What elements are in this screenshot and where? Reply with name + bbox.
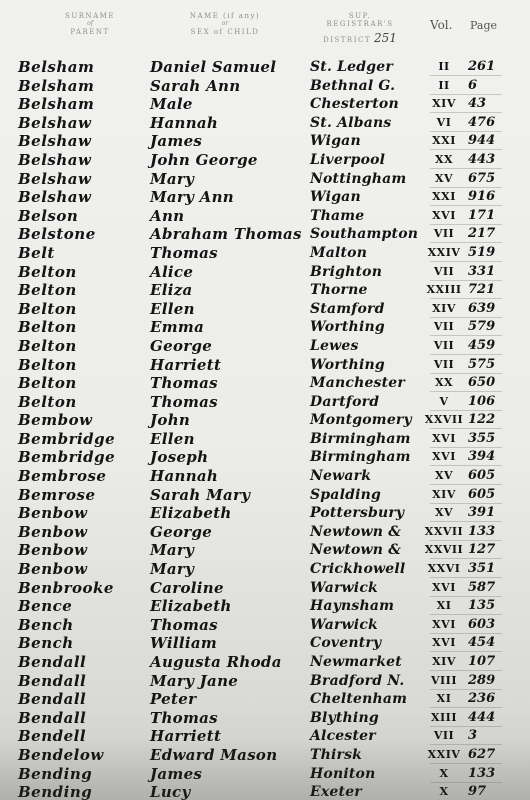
entry-page: 605 [468,467,508,485]
register-entry: Bembow John Montgomery XXVII 122 [0,411,530,430]
register-entry: Belstone Abraham Thomas Southampton VII … [0,225,530,244]
entry-given-name: Hannah [150,467,315,485]
entry-district: Newtown & [310,541,430,559]
header-surname-label: SURNAME [55,12,125,20]
entry-district: Birmingham [310,430,430,448]
register-entry: Benbow Mary Crickhowell XXVI 351 [0,560,530,579]
entry-given-name: Male [150,95,315,113]
entry-district: Pottersbury [310,504,430,522]
entry-volume: VII [424,356,464,374]
register-entry: Belton Thomas Dartford V 106 [0,393,530,412]
entry-district: Blything [310,709,430,727]
header-surname-of-parent: SURNAME of PARENT [55,12,125,36]
page-shadow [0,740,530,800]
entry-district: Wigan [310,188,430,206]
entry-given-name: Daniel Samuel [150,58,315,76]
entry-surname: Bendall [18,709,148,727]
entry-surname: Belshaw [18,114,148,132]
entry-given-name: Peter [150,690,315,708]
entry-page: 355 [468,430,508,448]
entry-volume: XX [424,374,464,392]
entry-volume: XXVII [424,523,464,541]
entry-given-name: Alice [150,263,315,281]
header-parent-label: PARENT [55,28,125,36]
register-entry: Belsham Daniel Samuel St. Ledger II 261 [0,58,530,77]
entry-given-name: Thomas [150,616,315,634]
entry-surname: Belton [18,263,148,281]
entry-volume: II [424,77,464,95]
entry-page: 721 [468,281,508,299]
entry-district: Thame [310,207,430,225]
entry-volume: XVI [424,430,464,448]
entry-district: Southampton [310,225,430,243]
register-entry: Bench William Coventry XVI 454 [0,634,530,653]
register-entry: Belshaw Mary Ann Wigan XXI 916 [0,188,530,207]
entry-page: 944 [468,132,508,150]
entry-volume: VII [424,318,464,336]
entry-surname: Belton [18,318,148,336]
entry-page: 391 [468,504,508,522]
entry-given-name: John George [150,151,315,169]
entry-page: 122 [468,411,508,429]
entry-volume: XI [424,597,464,615]
entry-district: Chesterton [310,95,430,113]
entry-page: 171 [468,207,508,225]
register-entry: Bench Thomas Warwick XVI 603 [0,616,530,635]
register-entry: Belton Thomas Manchester XX 650 [0,374,530,393]
entry-volume: II [424,58,464,76]
entry-page: 261 [468,58,508,76]
register-entry: Belton Emma Worthing VII 579 [0,318,530,337]
entry-page: 605 [468,486,508,504]
entry-surname: Bembridge [18,430,148,448]
register-entry: Belshaw Hannah St. Albans VI 476 [0,114,530,133]
entry-page: 135 [468,597,508,615]
register-entry: Belshaw Mary Nottingham XV 675 [0,170,530,189]
entry-given-name: George [150,337,315,355]
header-name-label: NAME (if any) [185,12,265,20]
header-vol-label: Vol. [430,18,452,32]
entry-page: 454 [468,634,508,652]
register-entry: Benbow Mary Newtown & XXVII 127 [0,541,530,560]
entry-given-name: Ellen [150,300,315,318]
entry-volume: VII [424,337,464,355]
entry-surname: Benbrooke [18,579,148,597]
entry-volume: XXVII [424,411,464,429]
entry-district: Newtown & [310,523,430,541]
entry-district: Bradford N. [310,672,430,690]
entry-page: 476 [468,114,508,132]
header-district-number: 251 [374,31,397,45]
entry-surname: Belsham [18,77,148,95]
entry-surname: Bendall [18,690,148,708]
entry-given-name: Elizabeth [150,504,315,522]
register-entry: Bembridge Ellen Birmingham XVI 355 [0,430,530,449]
register-entry: Bendall Augusta Rhoda Newmarket XIV 107 [0,653,530,672]
register-entry: Bendall Thomas Blything XIII 444 [0,709,530,728]
header-or-label: or [185,20,265,28]
entry-district: Newmarket [310,653,430,671]
entry-page: 107 [468,653,508,671]
entry-surname: Belton [18,300,148,318]
entry-district: Thorne [310,281,430,299]
header-page-label: Page [470,19,497,32]
entry-district: Brighton [310,263,430,281]
entry-district: Cheltenham [310,690,430,708]
entry-surname: Belshaw [18,151,148,169]
entry-surname: Bembrose [18,467,148,485]
entry-page: 603 [468,616,508,634]
entry-volume: XX [424,151,464,169]
register-entry: Belsham Sarah Ann Bethnal G. II 6 [0,77,530,96]
entry-surname: Belstone [18,225,148,243]
entry-page: 127 [468,541,508,559]
header-name-or-sex-of-child: NAME (if any) or SEX of CHILD [185,12,265,36]
entry-given-name: John [150,411,315,429]
entry-page: 351 [468,560,508,578]
entry-surname: Bench [18,634,148,652]
entry-given-name: Caroline [150,579,315,597]
entry-surname: Belt [18,244,148,262]
entry-surname: Benbow [18,504,148,522]
entry-given-name: Mary [150,560,315,578]
entry-surname: Benbow [18,523,148,541]
entry-page: 6 [468,77,508,95]
register-page: SURNAME of PARENT NAME (if any) or SEX o… [0,0,530,800]
entry-given-name: Mary Jane [150,672,315,690]
entry-surname: Belton [18,356,148,374]
entry-given-name: Augusta Rhoda [150,653,315,671]
entry-district: Worthing [310,356,430,374]
register-entries: Belsham Daniel Samuel St. Ledger II 261 … [0,58,530,800]
entry-district: Montgomery [310,411,430,429]
entry-district: Malton [310,244,430,262]
register-entry: Belson Ann Thame XVI 171 [0,207,530,226]
entry-volume: XVI [424,207,464,225]
entry-given-name: Ellen [150,430,315,448]
entry-surname: Belton [18,393,148,411]
entry-volume: XIV [424,300,464,318]
entry-volume: XVI [424,634,464,652]
register-entry: Bemrose Sarah Mary Spalding XIV 605 [0,486,530,505]
entry-volume: XXVII [424,541,464,559]
entry-surname: Benbow [18,541,148,559]
entry-volume: XXI [424,132,464,150]
entry-volume: XIV [424,486,464,504]
register-entry: Bembridge Joseph Birmingham XVI 394 [0,448,530,467]
entry-page: 289 [468,672,508,690]
entry-surname: Belsham [18,58,148,76]
entry-page: 331 [468,263,508,281]
register-entry: Bendall Mary Jane Bradford N. VIII 289 [0,672,530,691]
entry-volume: XIII [424,709,464,727]
entry-given-name: Thomas [150,393,315,411]
entry-volume: XIV [424,653,464,671]
entry-surname: Bembow [18,411,148,429]
entry-surname: Belshaw [18,188,148,206]
entry-district: Warwick [310,579,430,597]
entry-volume: VII [424,225,464,243]
entry-given-name: Thomas [150,709,315,727]
entry-page: 394 [468,448,508,466]
entry-volume: XIV [424,95,464,113]
entry-page: 519 [468,244,508,262]
entry-district: Bethnal G. [310,77,430,95]
entry-volume: V [424,393,464,411]
entry-page: 459 [468,337,508,355]
entry-volume: XXIII [424,281,464,299]
entry-given-name: Harriett [150,356,315,374]
register-entry: Belton Alice Brighton VII 331 [0,263,530,282]
register-entry: Belton Eliza Thorne XXIII 721 [0,281,530,300]
entry-page: 587 [468,579,508,597]
entry-district: St. Albans [310,114,430,132]
entry-page: 639 [468,300,508,318]
entry-given-name: Abraham Thomas [150,225,315,243]
entry-volume: XVI [424,616,464,634]
entry-given-name: Elizabeth [150,597,315,615]
entry-district: Wigan [310,132,430,150]
entry-district: Worthing [310,318,430,336]
entry-given-name: George [150,523,315,541]
entry-district: Dartford [310,393,430,411]
entry-given-name: Mary [150,170,315,188]
entry-page: 650 [468,374,508,392]
entry-volume: XXI [424,188,464,206]
entry-surname: Bence [18,597,148,615]
entry-volume: XVI [424,579,464,597]
entry-given-name: Mary Ann [150,188,315,206]
entry-page: 43 [468,95,508,113]
entry-page: 133 [468,523,508,541]
entry-volume: XV [424,467,464,485]
entry-district: Manchester [310,374,430,392]
entry-district: Stamford [310,300,430,318]
entry-surname: Bembridge [18,448,148,466]
entry-surname: Bendall [18,672,148,690]
entry-given-name: Sarah Mary [150,486,315,504]
entry-district: Lewes [310,337,430,355]
entry-surname: Benbow [18,560,148,578]
entry-given-name: William [150,634,315,652]
entry-volume: XV [424,504,464,522]
entry-district: Coventry [310,634,430,652]
entry-volume: XXVI [424,560,464,578]
entry-surname: Bendall [18,653,148,671]
entry-district: Spalding [310,486,430,504]
entry-district: Nottingham [310,170,430,188]
entry-page: 106 [468,393,508,411]
entry-page: 675 [468,170,508,188]
register-entry: Benbow George Newtown & XXVII 133 [0,523,530,542]
entry-surname: Belshaw [18,132,148,150]
register-entry: Belton Ellen Stamford XIV 639 [0,300,530,319]
entry-surname: Belshaw [18,170,148,188]
register-entry: Bendall Peter Cheltenham XI 236 [0,690,530,709]
entry-given-name: Hannah [150,114,315,132]
entry-district: Crickhowell [310,560,430,578]
register-entry: Belton Harriett Worthing VII 575 [0,356,530,375]
register-entry: Belshaw James Wigan XXI 944 [0,132,530,151]
entry-volume: XV [424,170,464,188]
entry-page: 443 [468,151,508,169]
entry-district: Birmingham [310,448,430,466]
entry-page: 444 [468,709,508,727]
entry-page: 579 [468,318,508,336]
entry-page: 916 [468,188,508,206]
entry-given-name: Mary [150,541,315,559]
entry-volume: XXIV [424,244,464,262]
entry-surname: Bench [18,616,148,634]
register-entry: Belsham Male Chesterton XIV 43 [0,95,530,114]
header-district-label: DISTRICT [323,36,371,44]
register-entry: Benbrooke Caroline Warwick XVI 587 [0,579,530,598]
entry-page: 575 [468,356,508,374]
entry-given-name: Eliza [150,281,315,299]
entry-volume: VIII [424,672,464,690]
entry-given-name: Thomas [150,374,315,392]
register-entry: Belt Thomas Malton XXIV 519 [0,244,530,263]
entry-surname: Belsham [18,95,148,113]
header-sex-label: SEX of CHILD [185,28,265,36]
entry-page: 236 [468,690,508,708]
entry-given-name: James [150,132,315,150]
entry-district: Newark [310,467,430,485]
entry-volume: XI [424,690,464,708]
entry-surname: Belson [18,207,148,225]
entry-volume: VI [424,114,464,132]
entry-given-name: Joseph [150,448,315,466]
header-registrar-label: SUP. REGISTRAR'S [315,12,405,28]
header-district: SUP. REGISTRAR'S DISTRICT251 [315,12,405,44]
register-entry: Benbow Elizabeth Pottersbury XV 391 [0,504,530,523]
entry-surname: Bemrose [18,486,148,504]
register-entry: Bence Elizabeth Haynsham XI 135 [0,597,530,616]
entry-surname: Belton [18,337,148,355]
entry-given-name: Ann [150,207,315,225]
header-of-label: of [55,20,125,28]
entry-district: Warwick [310,616,430,634]
entry-given-name: Sarah Ann [150,77,315,95]
entry-volume: VII [424,263,464,281]
entry-surname: Belton [18,281,148,299]
entry-district: Haynsham [310,597,430,615]
entry-district: St. Ledger [310,58,430,76]
entry-surname: Belton [18,374,148,392]
entry-district: Liverpool [310,151,430,169]
entry-page: 217 [468,225,508,243]
entry-given-name: Emma [150,318,315,336]
register-entry: Belton George Lewes VII 459 [0,337,530,356]
register-entry: Bembrose Hannah Newark XV 605 [0,467,530,486]
register-entry: Belshaw John George Liverpool XX 443 [0,151,530,170]
entry-volume: XVI [424,448,464,466]
entry-given-name: Thomas [150,244,315,262]
